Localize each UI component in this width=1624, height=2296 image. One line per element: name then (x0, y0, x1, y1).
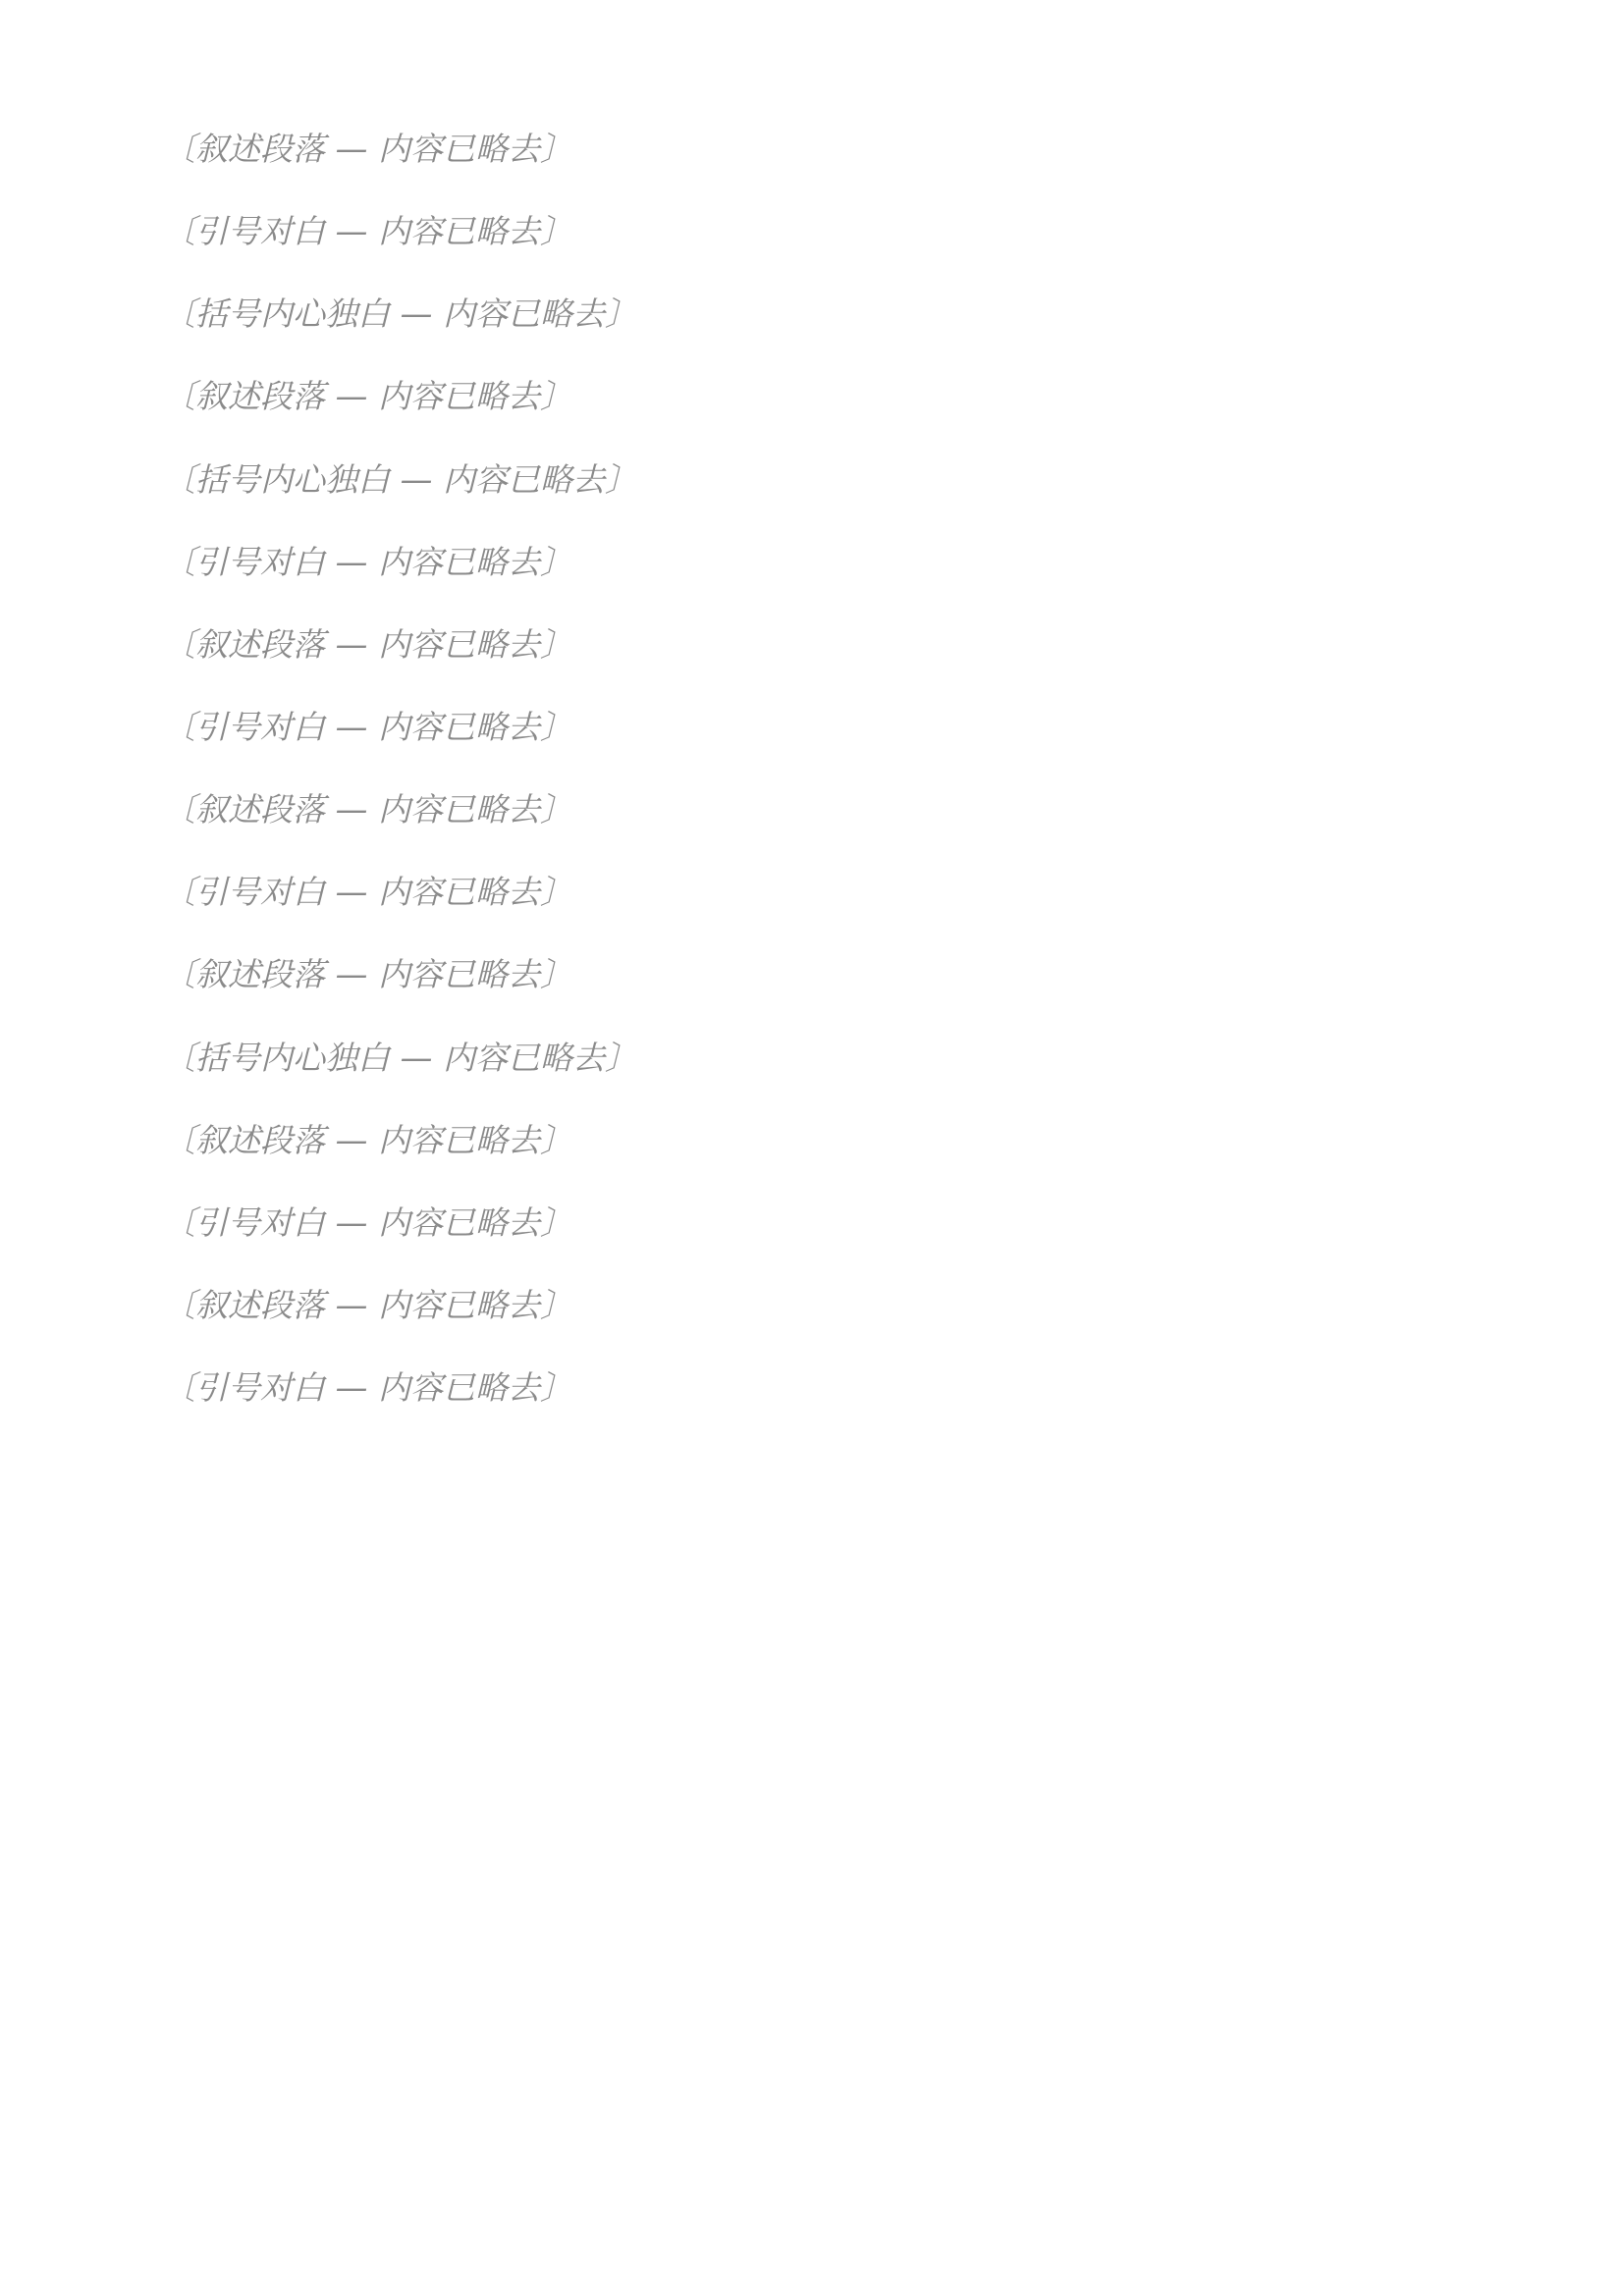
paragraph-narration: 〔叙述段落 — 内容已略去〕 (98, 769, 1526, 851)
paragraph-dialogue: 〔引号对白 — 内容已略去〕 (98, 686, 1526, 769)
paragraph-inner-thought: 〔括号内心独白 — 内容已略去〕 (98, 273, 1526, 355)
text-body: 〔叙述段落 — 内容已略去〕〔引号对白 — 内容已略去〕〔括号内心独白 — 内容… (98, 108, 1526, 1429)
paragraph-narration: 〔叙述段落 — 内容已略去〕 (98, 355, 1526, 438)
paragraph-dialogue: 〔引号对白 — 内容已略去〕 (98, 521, 1526, 604)
paragraph-narration: 〔叙述段落 — 内容已略去〕 (98, 934, 1526, 1016)
paragraph-narration: 〔叙述段落 — 内容已略去〕 (98, 604, 1526, 686)
paragraph-dialogue: 〔引号对白 — 内容已略去〕 (98, 1347, 1526, 1429)
paragraph-narration: 〔叙述段落 — 内容已略去〕 (98, 1099, 1526, 1182)
paragraph-dialogue: 〔引号对白 — 内容已略去〕 (98, 1182, 1526, 1264)
paragraph-dialogue: 〔引号对白 — 内容已略去〕 (98, 190, 1526, 273)
document-page: 〔叙述段落 — 内容已略去〕〔引号对白 — 内容已略去〕〔括号内心独白 — 内容… (0, 0, 1624, 2296)
paragraph-narration: 〔叙述段落 — 内容已略去〕 (98, 1264, 1526, 1347)
paragraph-inner-thought: 〔括号内心独白 — 内容已略去〕 (98, 439, 1526, 521)
paragraph-narration: 〔叙述段落 — 内容已略去〕 (98, 108, 1526, 190)
paragraph-inner-thought: 〔括号内心独白 — 内容已略去〕 (98, 1017, 1526, 1099)
paragraph-dialogue: 〔引号对白 — 内容已略去〕 (98, 851, 1526, 934)
